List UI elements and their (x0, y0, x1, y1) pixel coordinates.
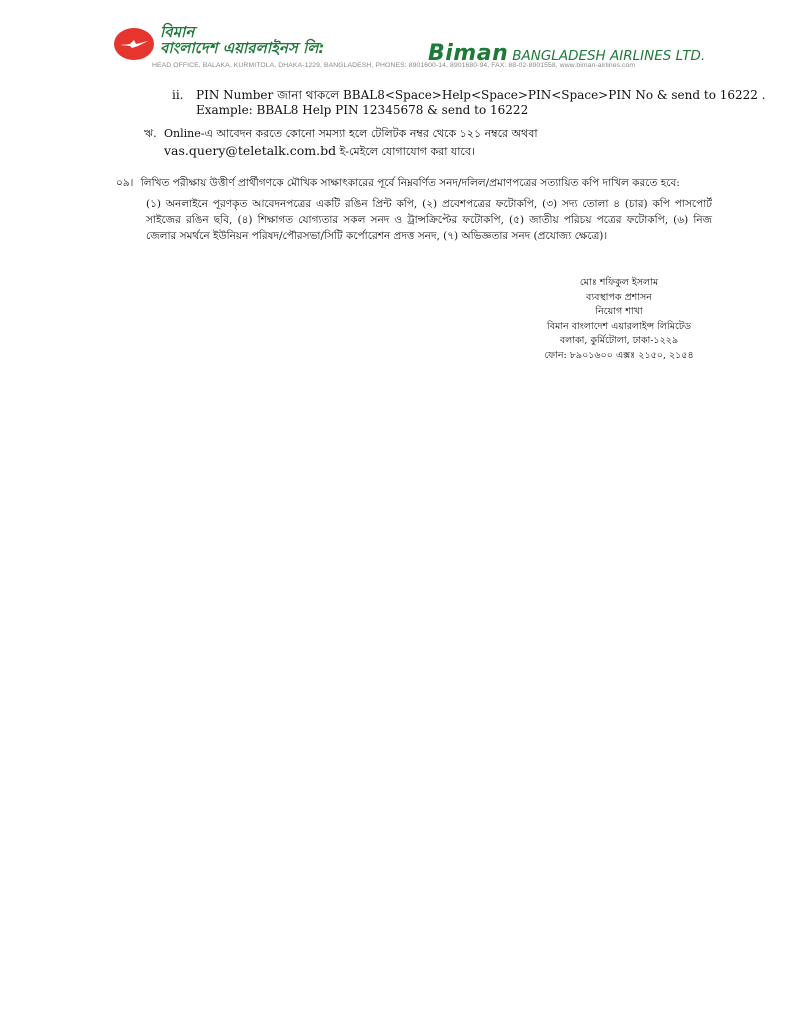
head-office-address: HEAD OFFICE, BALAKA, KURMITOLA, DHAKA-12… (152, 62, 635, 69)
signatory-designation: ব্যবস্থাপক প্রশাসন (524, 291, 714, 306)
section-09-body: (১) অনলাইনে পূরণকৃত আবেদনপত্রের একটি রঙি… (146, 196, 712, 244)
section-number: ০৯। (116, 177, 133, 189)
item-text: Online-এ আবেদন করতে কোনো সমস্যা হলে টেলি… (164, 125, 709, 160)
letterhead: বিমান বাংলাদেশ এয়ারলাইনস লি: BimanBANGL… (110, 24, 710, 74)
section-09-heading: ০৯। লিখিত পরীক্ষায় উত্তীর্ণ প্রার্থীগণক… (116, 176, 680, 193)
signatory-address: বলাকা, কুর্মিটোলা, ঢাকা-১২২৯ (524, 334, 714, 349)
item-number: ii. (172, 88, 184, 103)
biman-logo-icon (114, 28, 154, 60)
signatory-name: মোঃ শফিকুল ইসলাম (524, 276, 714, 291)
item-number: ঋ. (144, 125, 157, 142)
signature-block: মোঃ শফিকুল ইসলাম ব্যবস্থাপক প্রশাসন নিয়… (524, 276, 714, 363)
company-name-bengali: বিমান বাংলাদেশ এয়ারলাইনস লি: (160, 24, 324, 56)
signatory-department: নিয়োগ শাখা (524, 305, 714, 320)
signatory-organization: বিমান বাংলাদেশ এয়ারলাইন্স লিমিটেড (524, 320, 714, 335)
item-line-2: Example: BBAL8 Help PIN 12345678 & send … (196, 103, 528, 118)
section-heading-text: লিখিত পরীক্ষায় উত্তীর্ণ প্রার্থীগণকে মৌ… (141, 177, 680, 189)
support-email: vas.query@teletalk.com.bd (164, 143, 336, 158)
signatory-phone: ফোন: ৮৯০১৬০০ এক্সঃ ২১৫০, ২১৫৪ (524, 349, 714, 364)
item-line-1: PIN Number জানা থাকলে BBAL8<Space>Help<S… (196, 88, 766, 103)
